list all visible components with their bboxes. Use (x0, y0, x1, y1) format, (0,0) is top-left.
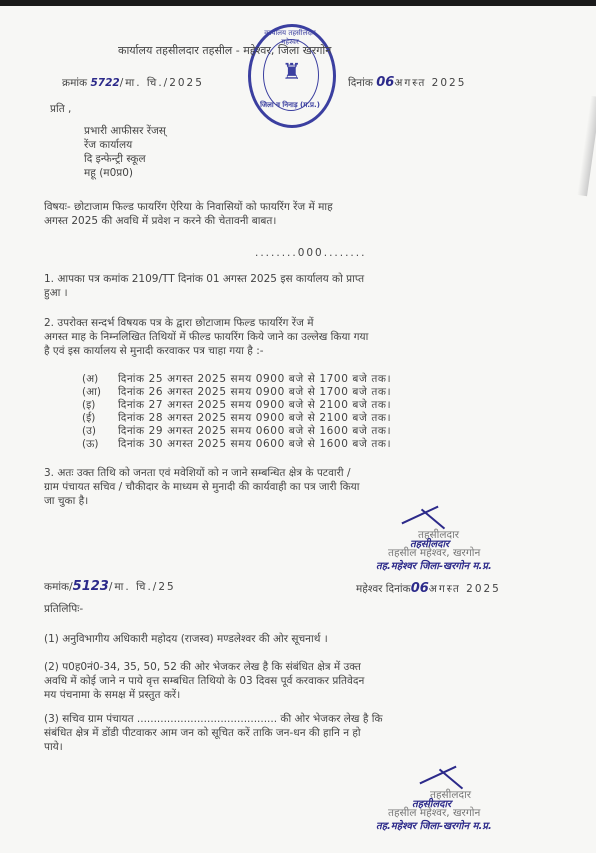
signatory-stamp-location-2: तह.महेश्वर जिला-खरगोन म.प्र. (376, 818, 492, 832)
copy-item-3-line-1: (3) सचिव ग्राम पंचायत ..................… (44, 712, 383, 726)
to-line-3: दि इन्फेन्ट्री स्कूल (84, 152, 146, 166)
para1-line-2: हुआ । (44, 286, 68, 300)
national-emblem-icon: ♜ (282, 60, 300, 90)
schedule-item-text: दिनांक 26 अगस्त 2025 समय 0900 बजे से 170… (118, 385, 391, 399)
separator: ........000........ (255, 246, 366, 260)
copy-item-1: (1) अनुविभागीय अधिकारी महोदय (राजस्व) मण… (44, 632, 328, 646)
subject-line-2: अगस्त 2025 की अवधि में प्रवेश न करने की … (44, 214, 276, 228)
ref-suffix: /मा. चि./2025 (120, 77, 204, 89)
paper-fold-shadow (577, 96, 596, 196)
office-heading: कार्यालय तहसीलदार तहसील - महेश्वर, जिला … (118, 44, 331, 58)
para3-line-1: 3. अतः उक्त तिथि को जनता एवं मवेशियों को… (44, 466, 351, 480)
copy-ref-label: कमांक/ (44, 581, 73, 593)
to-line-2: रेंज कार्यालय (84, 138, 132, 152)
date-line: दिनांक 06अगस्त 2025 (348, 76, 466, 90)
signature-stroke-icon (419, 766, 456, 785)
schedule-item-label: (ई) (82, 411, 95, 425)
copy-date-day: 06 (411, 581, 429, 596)
ref-line: क्रमांक 5722/मा. चि./2025 (62, 76, 204, 90)
to-line-1: प्रभारी आफीसर रेंजस् (84, 124, 166, 138)
copy-heading: प्रतिलिपिः- (44, 602, 83, 616)
schedule-item-label: (अ) (82, 372, 98, 386)
copy-date-line: महेश्वर दिनांक06अगस्त 2025 (356, 582, 501, 596)
para2-line-1: 2. उपरोक्त सन्दर्भ विषयक पत्र के द्वारा … (44, 316, 314, 330)
to-label: प्रति , (50, 102, 71, 116)
schedule-item-label: (आ) (82, 385, 101, 399)
copy-ref-number: 5123 (73, 579, 109, 594)
copy-date-rest: अगस्त 2025 (429, 583, 501, 595)
date-day: 06 (376, 75, 394, 90)
para2-line-2: अगस्त माह के निम्नलिखित तिथियों में फील्… (44, 330, 368, 344)
copy-item-2-line-2: अवधि में कोई जाने न पाये वृत्त सम्बधित त… (44, 674, 364, 688)
letter-page: कार्यालय तहसीलदार महेश्वर ♜ जिला व निनाड… (0, 6, 596, 853)
schedule-item-text: दिनांक 30 अगस्त 2025 समय 0600 बजे से 160… (118, 437, 391, 451)
copy-item-2-line-3: मय पंचनामा के समक्ष में प्रस्तुत करें। (44, 688, 180, 702)
copy-item-3-line-3: पाये। (44, 740, 63, 754)
copy-item-3-line-2: संबंधित क्षेत्र में डोंडी पीटवाकर आम जन … (44, 726, 361, 740)
signature-stroke-icon (439, 769, 463, 790)
signature-stroke-icon (401, 506, 438, 525)
schedule-item-text: दिनांक 25 अगस्त 2025 समय 0900 बजे से 170… (118, 372, 391, 386)
schedule-item-label: (ऊ) (82, 437, 98, 451)
office-seal: कार्यालय तहसीलदार महेश्वर ♜ जिला व निनाड… (248, 24, 336, 128)
schedule-item-text: दिनांक 29 अगस्त 2025 समय 0600 बजे से 160… (118, 424, 391, 438)
signatory-stamp-location: तह.महेश्वर जिला-खरगोन म.प्र. (376, 558, 492, 572)
copy-ref-suffix: /मा. चि./25 (109, 581, 176, 593)
seal-bottom-text: जिला व निनाड़ (म.प्र.) (255, 101, 325, 110)
schedule-item-text: दिनांक 27 अगस्त 2025 समय 0900 बजे से 210… (118, 398, 391, 412)
copy-ref-line: कमांक/5123/मा. चि./25 (44, 580, 176, 594)
date-label: दिनांक (348, 77, 373, 89)
date-rest: अगस्त 2025 (394, 77, 466, 89)
ref-label: क्रमांक (62, 77, 87, 89)
signature-stroke-icon (421, 509, 445, 530)
schedule-item-text: दिनांक 28 अगस्त 2025 समय 0900 बजे से 210… (118, 411, 391, 425)
subject-line-1: विषयः- छोटाजाम फिल्ड फायरिंग ऐरिया के नि… (44, 200, 333, 214)
to-line-4: महू (म0प्र0) (84, 166, 133, 180)
para3-line-2: ग्राम पंचायत सचिव / चौकीदार के माध्यम से… (44, 480, 359, 494)
para3-line-3: जा चुका है। (44, 494, 88, 508)
schedule-item-label: (इ) (82, 398, 95, 412)
para1-line-1: 1. आपका पत्र कमांक 2109/TT दिनांक 01 अगस… (44, 272, 364, 286)
schedule-item-label: (उ) (82, 424, 96, 438)
copy-place-date-label: महेश्वर दिनांक (356, 583, 411, 595)
ref-number: 5722 (90, 77, 119, 89)
copy-item-2-line-1: (2) प0ह0नं0-34, 35, 50, 52 की ओर भेजकर ल… (44, 660, 361, 674)
para2-line-3: है एवं इस कार्यालय से मुनादी करवाकर पत्र… (44, 344, 264, 358)
